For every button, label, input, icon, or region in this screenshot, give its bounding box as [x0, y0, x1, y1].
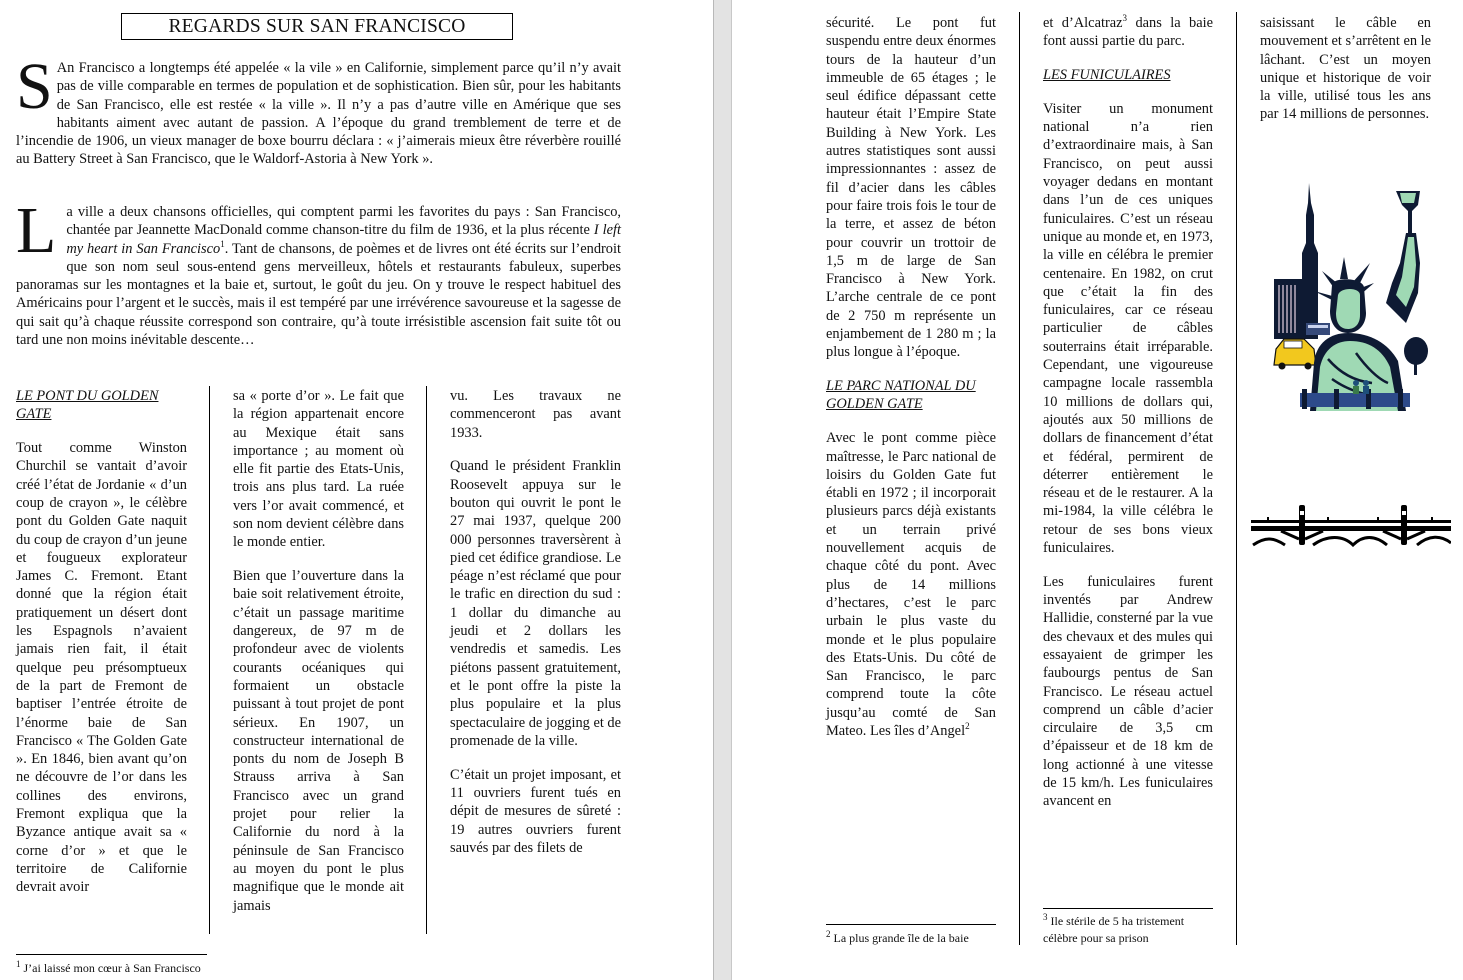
- section-heading-bridge: LE PONT DU GOLDEN GATE: [16, 387, 187, 424]
- column-divider: [1019, 12, 1020, 945]
- intro-paragraph-1: SAn Francisco a longtemps été appelée « …: [16, 59, 621, 169]
- footnote-separator: [16, 954, 207, 955]
- column-divider: [1236, 12, 1237, 945]
- paragraph: Bien que l’ouverture dans la baie soit r…: [233, 567, 404, 915]
- paragraph: C’était un projet imposant, et 11 ouvrie…: [450, 766, 621, 857]
- column-5: et d’Alcatraz3 dans la baie font aussi p…: [1043, 14, 1213, 826]
- intro-paragraph-2: La ville a deux chansons officielles, qu…: [16, 203, 621, 349]
- footnote-separator: [826, 924, 996, 925]
- paragraph: Tout comme Winston Churchil se vantait d…: [16, 439, 187, 896]
- page-gutter: [713, 0, 732, 980]
- column-divider: [209, 386, 210, 934]
- column-3: vu. Les travaux ne commenceront pas avan…: [450, 387, 621, 873]
- footnote-3: 3 Ile stérile de 5 ha tristement célèbre…: [1043, 913, 1218, 947]
- paragraph: saisissant le câble en mouvement et s’ar…: [1260, 14, 1431, 124]
- paragraph: sa « porte d’or ». Le fait que la région…: [233, 387, 404, 552]
- paragraph: Visiter un monument national n’a rien d’…: [1043, 100, 1213, 557]
- paragraph: Les funiculaires furent inventés par And…: [1043, 573, 1213, 811]
- document-title: REGARDS SUR SAN FRANCISCO: [121, 13, 513, 40]
- paragraph: sécurité. Le pont fut suspendu entre deu…: [826, 14, 996, 362]
- paragraph: et d’Alcatraz3 dans la baie font aussi p…: [1043, 14, 1213, 51]
- intro-text-2a: a ville a deux chansons officielles, qui…: [66, 204, 621, 238]
- footnote-2: 2 La plus grande île de la baie: [826, 930, 1006, 947]
- statue-of-liberty-image: [1270, 183, 1430, 411]
- footnote-1: 1 J’ai laissé mon cœur à San Francisco: [16, 960, 276, 977]
- intro-text-1: An Francisco a longtemps été appelée « l…: [16, 60, 621, 167]
- column-6: saisissant le câble en mouvement et s’ar…: [1260, 14, 1431, 139]
- section-heading-cable-cars: LES FUNICULAIRES: [1043, 66, 1213, 84]
- page-left: REGARDS SUR SAN FRANCISCO SAn Francisco …: [0, 0, 713, 980]
- column-1: LE PONT DU GOLDEN GATE Tout comme Winsto…: [16, 387, 187, 912]
- dropcap-s: S: [16, 61, 53, 115]
- column-4: sécurité. Le pont fut suspendu entre deu…: [826, 14, 996, 756]
- paragraph: Avec le pont comme pièce maîtresse, le P…: [826, 429, 996, 740]
- paragraph: Quand le président Franklin Roosevelt ap…: [450, 457, 621, 750]
- footnote-separator: [1043, 908, 1213, 909]
- paragraph: vu. Les travaux ne commenceront pas avan…: [450, 387, 621, 442]
- bridge-image: [1251, 503, 1451, 551]
- footnote-ref-2[interactable]: 2: [965, 721, 970, 731]
- section-heading-park: LE PARC NATIONAL DU GOLDEN GATE: [826, 377, 996, 414]
- dropcap-l: L: [16, 205, 56, 259]
- column-2: sa « porte d’or ». Le fait que la région…: [233, 387, 404, 930]
- column-divider: [426, 386, 427, 934]
